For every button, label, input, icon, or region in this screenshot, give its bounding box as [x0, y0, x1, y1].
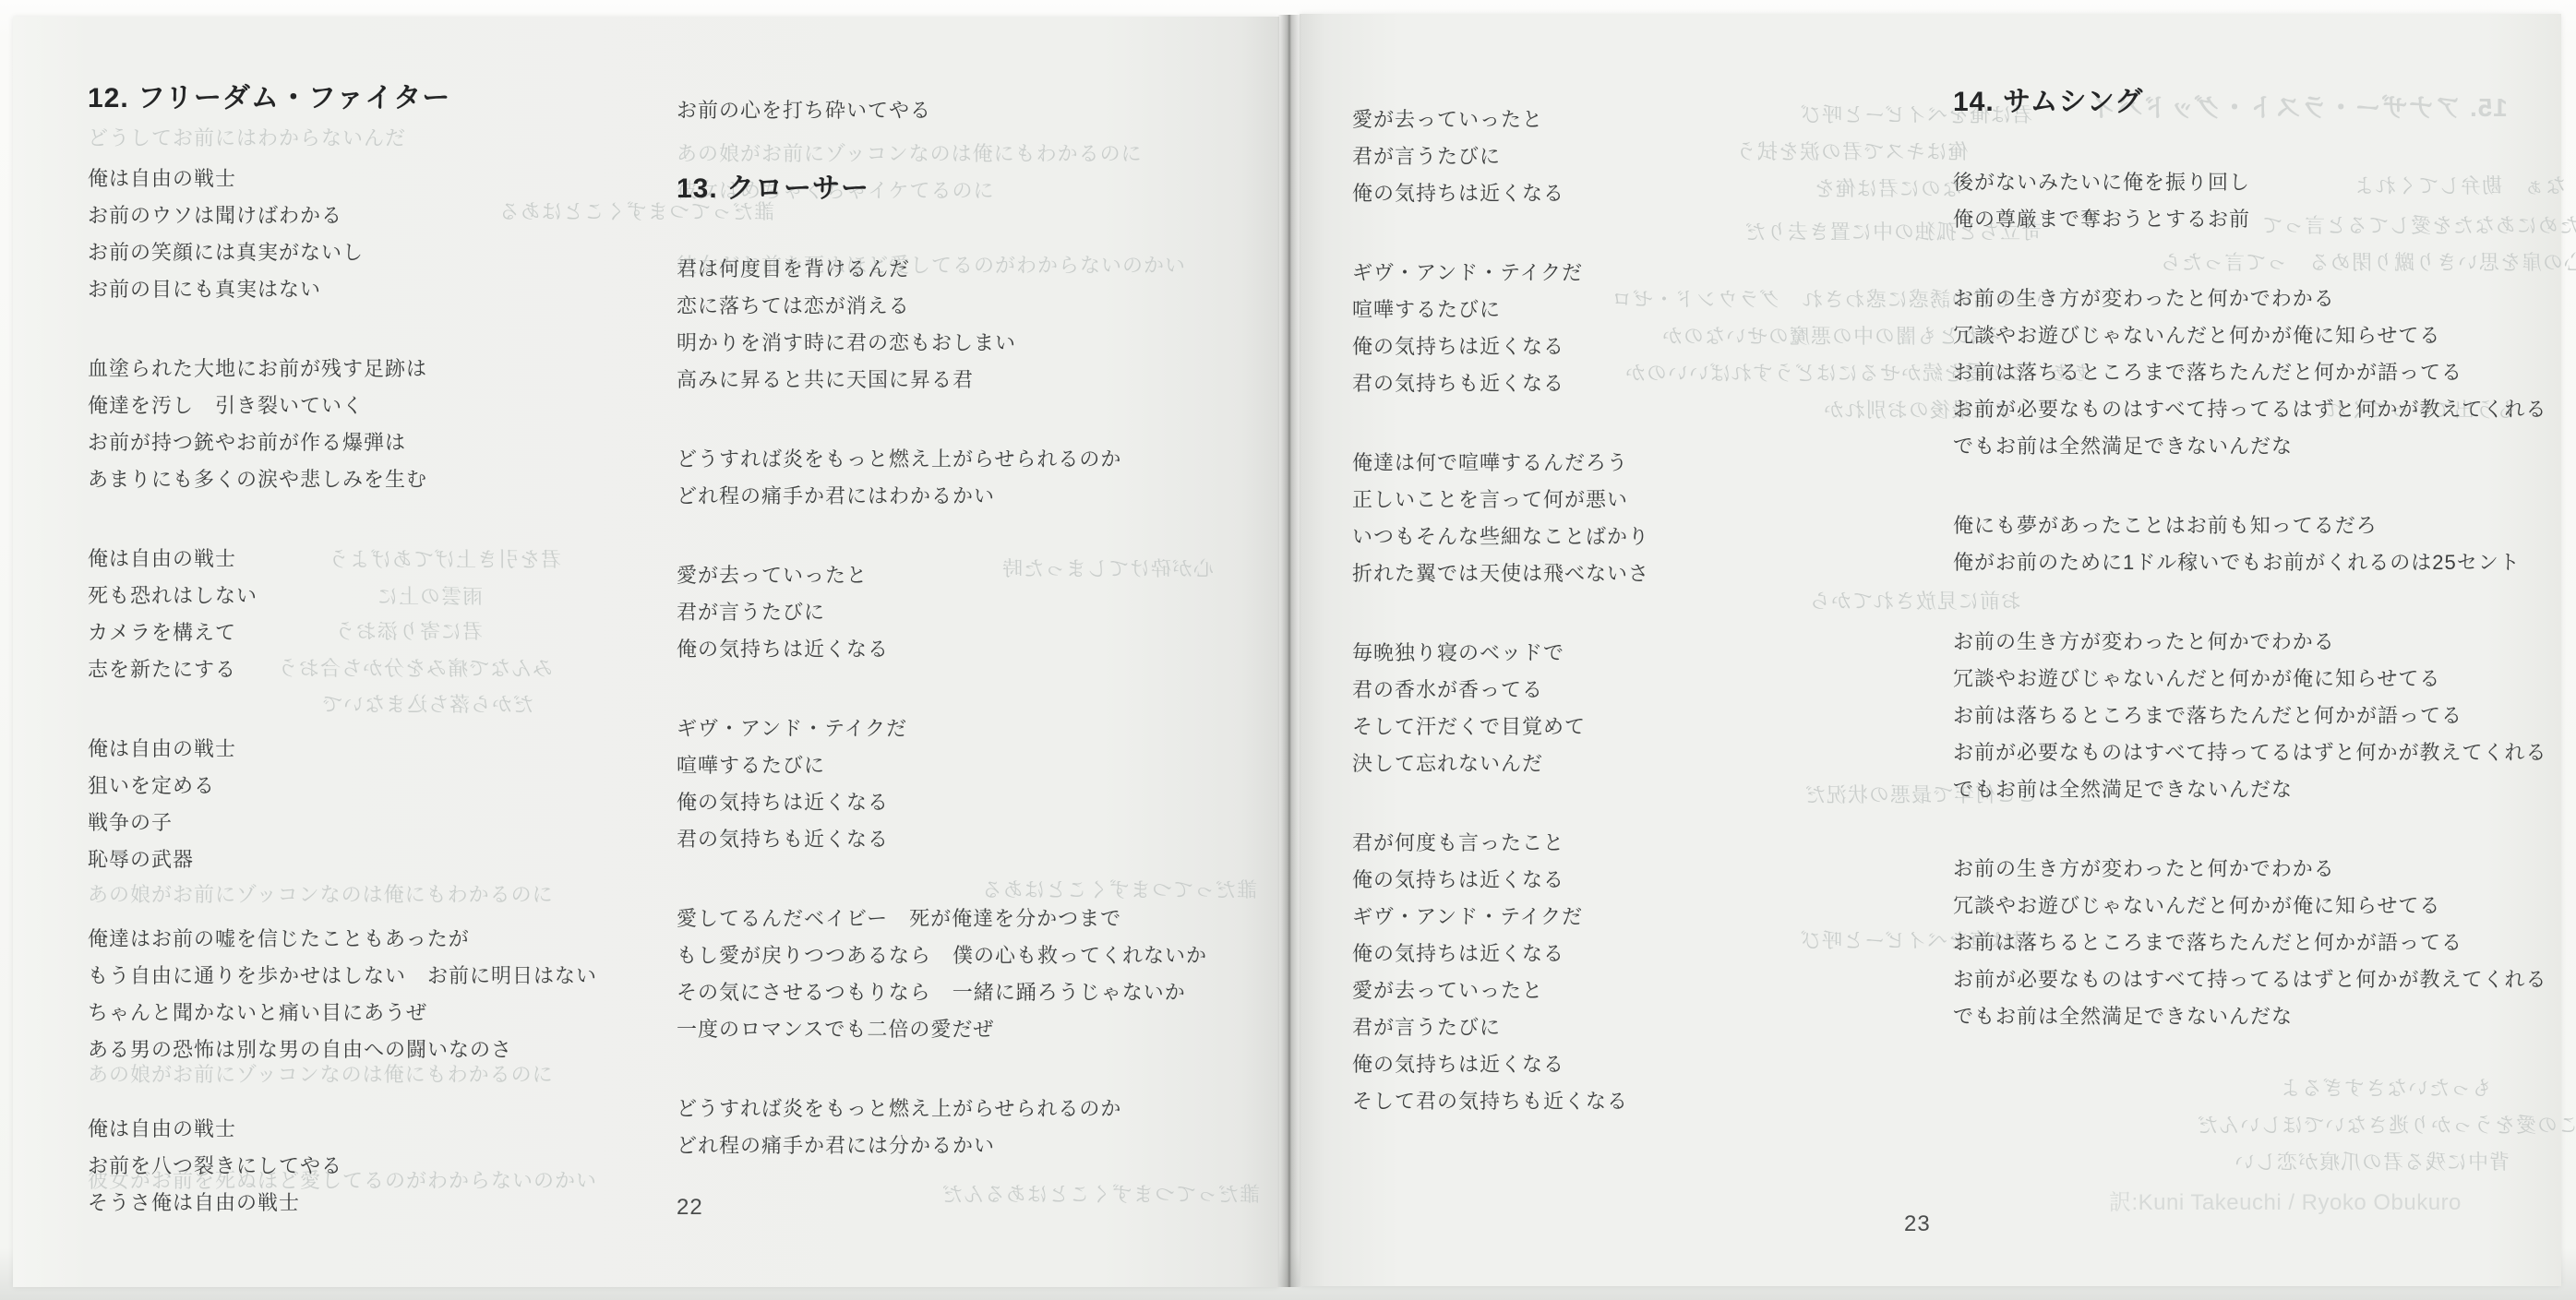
lyric-line: 明かりを消す時に君の恋もおしまい — [677, 325, 1276, 362]
lyric-line: 折れた翼では天使は飛べないさ — [1352, 555, 1924, 592]
lyric-line: 愛が去っていったと — [677, 557, 1276, 594]
lyric-line: 冗談やお遊びじゃないんだと何かが俺に知らせてる — [1953, 661, 2567, 698]
lyric-line: お前の笑顔には真実がないし — [88, 234, 665, 271]
page-number-left: 22 — [677, 1195, 703, 1221]
lyric-stanza: お前の心を打ち砕いてやる — [677, 92, 1276, 129]
lyric-line: 君が言うたびに — [677, 594, 1276, 631]
lyric-line: 俺の尊厳まで奪おうとするお前 — [1953, 201, 2567, 238]
lyric-stanza: 君が何度も言ったこと俺の気持ちは近くなるギヴ・アンド・テイクだ俺の気持ちは近くな… — [1352, 825, 1924, 1120]
lyric-stanza: 後がないみたいに俺を振り回し俺の尊厳まで奪おうとするお前 — [1953, 164, 2567, 238]
booklet-scan: どうしてお前にはわからないんだ誰だってつまずくことはある君を引き上げてあげよう雨… — [0, 0, 2576, 1300]
lyric-line: どうすれば炎をもっと燃え上がらせられるのか — [677, 441, 1276, 478]
lyric-line: 冗談やお遊びじゃないんだと何かが俺に知らせてる — [1953, 317, 2567, 354]
lyric-line: 俺の気持ちは近くなる — [1352, 1046, 1924, 1083]
lyric-stanza: 俺達は何で喧嘩するんだろう正しいことを言って何が悪いいつもそんな些細なことばかり… — [1352, 445, 1924, 592]
lyric-stanza: 俺は自由の戦士お前を八つ裂きにしてやるそうさ俺は自由の戦士 — [88, 1111, 665, 1222]
lyric-line: 後がないみたいに俺を振り回し — [1953, 164, 2567, 201]
lyric-line: 恋に落ちては恋が消える — [677, 288, 1276, 325]
lyric-line: ちゃんと聞かないと痛い目にあうぜ — [88, 995, 665, 1032]
lyric-line: 死も恐れはしない — [88, 578, 665, 614]
lyric-line: 俺達はお前の嘘を信じたこともあったが — [88, 921, 665, 958]
song-title: 14. サムシング — [1953, 85, 2567, 120]
lyric-line: お前の生き方が変わったと何かでわかる — [1953, 624, 2567, 661]
lyric-line: ギヴ・アンド・テイクだ — [677, 710, 1276, 747]
lyric-stanza: 血塗られた大地にお前が残す足跡は俺達を汚し 引き裂いていくお前が持つ銃やお前が作… — [88, 351, 665, 498]
lyric-line: 狙いを定める — [88, 768, 665, 805]
lyric-stanza: どうすれば炎をもっと燃え上がらせられるのかどれ程の痛手か君には分かるかい — [677, 1091, 1276, 1164]
lyrics-column-col-1: 12. フリーダム・ファイター俺は自由の戦士お前のウソは聞けばわかるお前の笑顔に… — [88, 81, 665, 1264]
lyric-line: お前が必要なものはすべて持ってるはずと何かが教えてくれる — [1953, 391, 2567, 428]
lyric-line: お前を八つ裂きにしてやる — [88, 1148, 665, 1185]
lyric-stanza: お前の生き方が変わったと何かでわかる冗談やお遊びじゃないんだと何かが俺に知らせて… — [1953, 280, 2567, 465]
lyric-line: でもお前は全然満足できないんだな — [1953, 998, 2567, 1035]
lyric-line: お前の生き方が変わったと何かでわかる — [1953, 851, 2567, 888]
lyric-stanza: どうすれば炎をもっと燃え上がらせられるのかどれ程の痛手か君にはわかるかい — [677, 441, 1276, 515]
lyric-stanza: ギヴ・アンド・テイクだ喧嘩するたびに俺の気持ちは近くなる君の気持ちも近くなる — [1352, 255, 1924, 402]
booklet-gutter — [1277, 15, 1301, 1287]
lyric-line: 正しいことを言って何が悪い — [1352, 482, 1924, 519]
song-title: 12. フリーダム・ファイター — [88, 81, 665, 116]
lyric-line: どれ程の痛手か君にはわかるかい — [677, 478, 1276, 515]
lyric-line: お前が必要なものはすべて持ってるはずと何かが教えてくれる — [1953, 734, 2567, 771]
lyric-line: お前は落ちるところまで落ちたんだと何かが語ってる — [1953, 354, 2567, 391]
lyric-line: お前の生き方が変わったと何かでわかる — [1953, 280, 2567, 317]
lyric-line: お前が必要なものはすべて持ってるはずと何かが教えてくれる — [1953, 961, 2567, 998]
lyric-line: 君が言うたびに — [1352, 138, 1924, 175]
lyric-line: 志を新たにする — [88, 651, 665, 688]
lyric-line: お前のウソは聞けばわかる — [88, 197, 665, 234]
lyric-line: 俺は自由の戦士 — [88, 541, 665, 578]
lyric-line: どれ程の痛手か君には分かるかい — [677, 1127, 1276, 1164]
lyrics-column-col-2: お前の心を打ち砕いてやる13. クローサー君は何度目を背けるんだ恋に落ちては恋が… — [677, 92, 1276, 1207]
lyric-line: 愛してるんだベイビー 死が俺達を分かつまで — [677, 900, 1276, 937]
lyric-line: 喧嘩するたびに — [677, 747, 1276, 784]
lyric-line: 俺にも夢があったことはお前も知ってるだろ — [1953, 507, 2567, 544]
lyric-line: 高みに昇ると共に天国に昇る君 — [677, 362, 1276, 399]
lyric-line: ギヴ・アンド・テイクだ — [1352, 899, 1924, 936]
lyric-line: 俺の気持ちは近くなる — [677, 784, 1276, 821]
lyric-line: 俺の気持ちは近くなる — [1352, 936, 1924, 972]
lyric-line: お前が持つ銃やお前が作る爆弾は — [88, 424, 665, 461]
lyric-line: 俺達は何で喧嘩するんだろう — [1352, 445, 1924, 482]
lyric-stanza: 愛が去っていったと君が言うたびに俺の気持ちは近くなる — [1352, 101, 1924, 212]
lyric-line: お前の心を打ち砕いてやる — [677, 92, 1276, 129]
lyric-line: 俺の気持ちは近くなる — [1352, 175, 1924, 212]
lyric-stanza: 俺は自由の戦士狙いを定める戦争の子恥辱の武器 — [88, 731, 665, 878]
lyric-line: 俺の気持ちは近くなる — [1352, 862, 1924, 899]
lyric-line: 俺は自由の戦士 — [88, 1111, 665, 1148]
lyric-line: 君の香水が香ってる — [1352, 672, 1924, 709]
lyric-stanza: 毎晩独り寝のベッドで君の香水が香ってるそして汗だくで目覚めて決して忘れないんだ — [1352, 635, 1924, 782]
lyric-line: 俺の気持ちは近くなる — [677, 631, 1276, 668]
lyric-line: 君が言うたびに — [1352, 1009, 1924, 1046]
lyrics-column-col-3: 愛が去っていったと君が言うたびに俺の気持ちは近くなるギヴ・アンド・テイクだ喧嘩す… — [1352, 101, 1924, 1163]
lyric-line: 愛が去っていったと — [1352, 972, 1924, 1009]
lyric-line: 決して忘れないんだ — [1352, 745, 1924, 782]
lyric-stanza: 俺にも夢があったことはお前も知ってるだろ俺がお前のために1ドル稼いでもお前がくれ… — [1953, 507, 2567, 581]
lyric-line: そして君の気持ちも近くなる — [1352, 1083, 1924, 1120]
lyric-line: 俺がお前のために1ドル稼いでもお前がくれるのは25セント — [1953, 544, 2567, 581]
song-title: 13. クローサー — [677, 172, 1276, 207]
lyric-stanza: 君は何度目を背けるんだ恋に落ちては恋が消える明かりを消す時に君の恋もおしまい高み… — [677, 251, 1276, 399]
page-number-right: 23 — [1904, 1211, 1931, 1237]
lyric-line: そして汗だくで目覚めて — [1352, 709, 1924, 745]
lyric-line: 俺の気持ちは近くなる — [1352, 328, 1924, 365]
lyric-stanza: 俺達はお前の嘘を信じたこともあったがもう自由に通りを歩かせはしない お前に明日は… — [88, 921, 665, 1068]
lyric-stanza: お前の生き方が変わったと何かでわかる冗談やお遊びじゃないんだと何かが俺に知らせて… — [1953, 851, 2567, 1035]
lyric-line: 君が何度も言ったこと — [1352, 825, 1924, 862]
lyric-line: 血塗られた大地にお前が残す足跡は — [88, 351, 665, 388]
lyric-line: 君の気持ちも近くなる — [1352, 365, 1924, 402]
lyric-line: 冗談やお遊びじゃないんだと何かが俺に知らせてる — [1953, 888, 2567, 924]
lyric-line: あまりにも多くの涙や悲しみを生む — [88, 461, 665, 498]
lyric-line: 戦争の子 — [88, 805, 665, 841]
lyric-line: ギヴ・アンド・テイクだ — [1352, 255, 1924, 292]
lyric-line: でもお前は全然満足できないんだな — [1953, 428, 2567, 465]
lyrics-column-col-4: 14. サムシング後がないみたいに俺を振り回し俺の尊厳まで奪おうとするお前お前の… — [1953, 85, 2567, 1078]
lyric-line: もし愛が戻りつつあるなら 僕の心も救ってくれないか — [677, 937, 1276, 974]
lyric-line: そうさ俺は自由の戦士 — [88, 1185, 665, 1222]
lyric-line: 喧嘩するたびに — [1352, 292, 1924, 328]
lyric-stanza: ギヴ・アンド・テイクだ喧嘩するたびに俺の気持ちは近くなる君の気持ちも近くなる — [677, 710, 1276, 858]
lyric-stanza: 愛してるんだベイビー 死が俺達を分かつまでもし愛が戻りつつあるなら 僕の心も救っ… — [677, 900, 1276, 1048]
lyric-line: 君は何度目を背けるんだ — [677, 251, 1276, 288]
lyric-line: 俺は自由の戦士 — [88, 161, 665, 197]
lyric-line: お前は落ちるところまで落ちたんだと何かが語ってる — [1953, 698, 2567, 734]
lyric-line: もう自由に通りを歩かせはしない お前に明日はない — [88, 958, 665, 995]
lyric-stanza: 俺は自由の戦士死も恐れはしないカメラを構えて志を新たにする — [88, 541, 665, 688]
lyric-line: カメラを構えて — [88, 614, 665, 651]
lyric-stanza: お前の生き方が変わったと何かでわかる冗談やお遊びじゃないんだと何かが俺に知らせて… — [1953, 624, 2567, 808]
lyric-line: 恥辱の武器 — [88, 841, 665, 878]
lyric-line: 愛が去っていったと — [1352, 101, 1924, 138]
lyric-line: でもお前は全然満足できないんだな — [1953, 771, 2567, 808]
lyric-stanza: 愛が去っていったと君が言うたびに俺の気持ちは近くなる — [677, 557, 1276, 668]
lyric-line: いつもそんな些細なことばかり — [1352, 519, 1924, 555]
lyric-line: お前の目にも真実はない — [88, 271, 665, 308]
lyric-stanza: 俺は自由の戦士お前のウソは聞けばわかるお前の笑顔には真実がないしお前の目にも真実… — [88, 161, 665, 308]
lyric-line: 俺は自由の戦士 — [88, 731, 665, 768]
lyric-line: 一度のロマンスでも二倍の愛だぜ — [677, 1011, 1276, 1048]
lyric-line: どうすれば炎をもっと燃え上がらせられるのか — [677, 1091, 1276, 1127]
lyric-line: お前は落ちるところまで落ちたんだと何かが語ってる — [1953, 924, 2567, 961]
lyric-line: ある男の恐怖は別な男の自由への闘いなのさ — [88, 1032, 665, 1068]
lyric-line: 俺達を汚し 引き裂いていく — [88, 388, 665, 424]
lyric-line: 毎晩独り寝のベッドで — [1352, 635, 1924, 672]
lyric-line: 君の気持ちも近くなる — [677, 821, 1276, 858]
lyric-line: その気にさせるつもりなら 一緒に踊ろうじゃないか — [677, 974, 1276, 1011]
